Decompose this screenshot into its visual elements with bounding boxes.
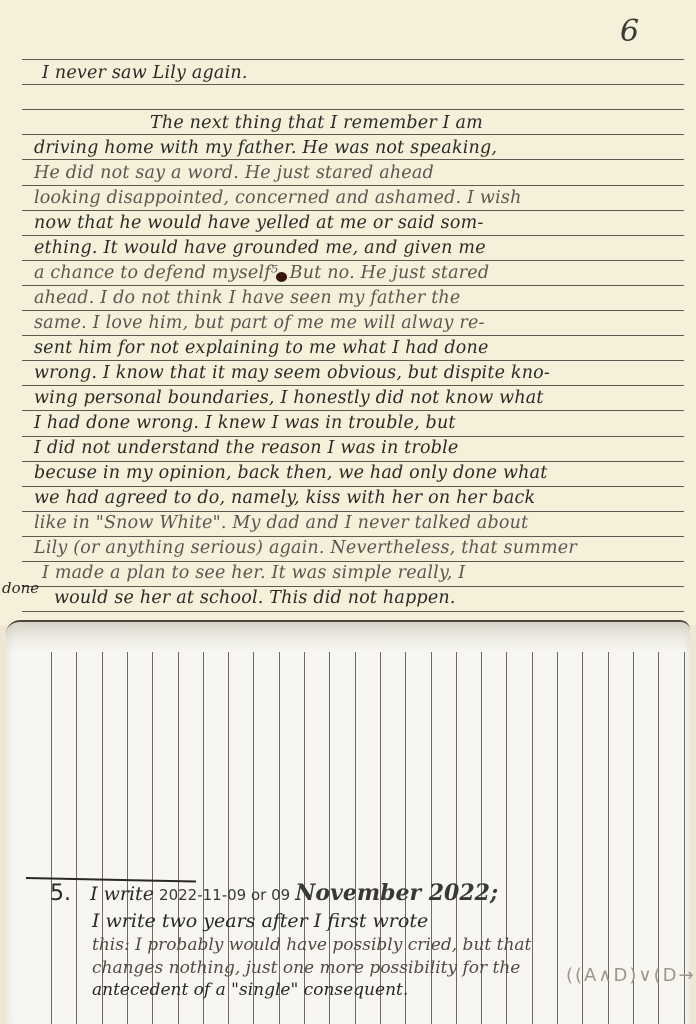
ruled-line (22, 410, 684, 411)
logic-formula: ((A∧D)∨(D→E)) (566, 965, 696, 986)
ruled-line (22, 260, 684, 261)
journal-line: we had agreed to do, namely, kiss with h… (34, 487, 684, 509)
journal-line: wrong. I know that it may seem obvious, … (34, 362, 684, 384)
journal-line: looking disappointed, concerned and asha… (34, 187, 684, 209)
margin-note: done (2, 579, 39, 597)
footnote-line-5: antecedent of a "single" consequent. (92, 980, 408, 1000)
ruled-line (22, 360, 684, 361)
card-shadow (6, 622, 690, 652)
ruled-line (22, 134, 684, 135)
ruled-line (22, 109, 684, 110)
journal-line: would se her at school. This did not hap… (54, 587, 696, 609)
journal-line: ahead. I do not think I have seen my fat… (34, 287, 684, 309)
journal-line: like in "Snow White". My dad and I never… (34, 512, 684, 534)
footnote-card: 5. I write 2022-11-09 or 09 November 202… (6, 620, 690, 1024)
journal-line: ething. It would have grounded me, and g… (34, 237, 684, 259)
ruled-line (22, 235, 684, 236)
journal-line: wing personal boundaries, I honestly did… (34, 387, 684, 409)
ruled-line (22, 310, 684, 311)
journal-line: now that he would have yelled at me or s… (34, 212, 684, 234)
ruled-line (22, 210, 684, 211)
footnote-line-1: 5. I write 2022-11-09 or 09 November 202… (50, 880, 498, 906)
scanned-journal-page: 6 done I never saw Lily again. The next … (0, 0, 696, 1024)
footnote-number: 5. (50, 881, 71, 906)
footnote-line-4: changes nothing, just one more possibili… (92, 958, 520, 978)
vertical-line (76, 652, 77, 1024)
journal-line: The next thing that I remember I am (150, 112, 696, 134)
footnote-date-long: November 2022; (295, 880, 498, 906)
ruled-line (22, 159, 684, 160)
journal-line: I had done wrong. I knew I was in troubl… (34, 412, 684, 434)
footnote-prefix: I write (90, 883, 154, 905)
journal-line: same. I love him, but part of me me will… (34, 312, 684, 334)
journal-line: I never saw Lily again. (42, 62, 692, 84)
footnote-date-iso: 2022-11-09 or 09 (159, 886, 290, 904)
journal-line: I did not understand the reason I was in… (34, 437, 684, 459)
vertical-line (532, 652, 533, 1024)
footnote-line-2: I write two years after I first wrote (92, 910, 428, 932)
journal-line: becuse in my opinion, back then, we had … (34, 462, 684, 484)
ruled-line (22, 285, 684, 286)
vertical-line (557, 652, 558, 1024)
journal-line: sent him for not explaining to me what I… (34, 337, 684, 359)
ink-blot (276, 272, 287, 282)
ruled-line (22, 185, 684, 186)
journal-line: Lily (or anything serious) again. Nevert… (34, 537, 684, 559)
journal-line: I made a plan to see her. It was simple … (42, 562, 692, 584)
page-number: 6 (620, 14, 639, 49)
ruled-line (22, 385, 684, 386)
vertical-line (51, 652, 52, 1024)
journal-line: He did not say a word. He just stared ah… (34, 162, 684, 184)
ruled-line (22, 611, 684, 612)
lined-journal-sheet: 6 done I never saw Lily again. The next … (0, 0, 696, 625)
footnote-line-3: this: I probably would have possibly cri… (92, 935, 531, 955)
ruled-line (22, 59, 684, 60)
ruled-line (22, 335, 684, 336)
ruled-line (22, 84, 684, 85)
journal-line: driving home with my father. He was not … (34, 137, 684, 159)
journal-line: a chance to defend myself⁵. But no. He j… (34, 262, 684, 284)
